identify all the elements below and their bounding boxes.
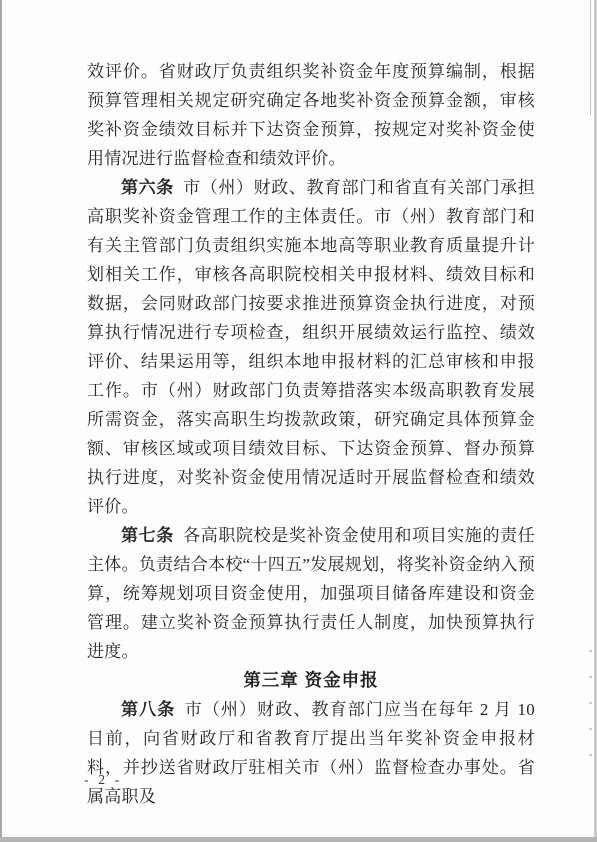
article-6-paragraph: 第六条市（州）财政、教育部门和省直有关部门承担高职奖补资金管理工作的主体责任。市… bbox=[87, 173, 535, 521]
paragraph-continuation: 效评价。省财政厅负责组织奖补资金年度预算编制，根据预算管理相关规定研究确定各地奖… bbox=[87, 57, 535, 173]
article-8-paragraph: 第八条市（州）财政、教育部门应当在每年 2 月 10 日前，向省财政厅和省教育厅… bbox=[87, 695, 535, 811]
document-text-block: 效评价。省财政厅负责组织奖补资金年度预算编制，根据预算管理相关规定研究确定各地奖… bbox=[87, 57, 535, 811]
scan-noise-speckles bbox=[589, 650, 592, 760]
page-number: - 2 - bbox=[84, 772, 122, 790]
chapter-heading: 第三章 资金申报 bbox=[87, 666, 535, 695]
scanned-document-page: 效评价。省财政厅负责组织奖补资金年度预算编制，根据预算管理相关规定研究确定各地奖… bbox=[0, 0, 597, 842]
article-6-label: 第六条 bbox=[121, 178, 174, 197]
scan-artifact-line bbox=[590, 0, 591, 115]
article-8-label: 第八条 bbox=[121, 700, 175, 719]
article-7-label: 第七条 bbox=[121, 526, 174, 545]
scan-edge-bottom bbox=[0, 837, 597, 842]
article-6-text: 市（州）财政、教育部门和省直有关部门承担高职奖补资金管理工作的主体责任。市（州）… bbox=[87, 178, 535, 516]
article-7-paragraph: 第七条各高职院校是奖补资金使用和项目实施的责任主体。负责结合本校“十四五”发展规… bbox=[87, 521, 535, 666]
scan-edge-left bbox=[0, 0, 2, 842]
article-7-text: 各高职院校是奖补资金使用和项目实施的责任主体。负责结合本校“十四五”发展规划，将… bbox=[87, 526, 535, 661]
